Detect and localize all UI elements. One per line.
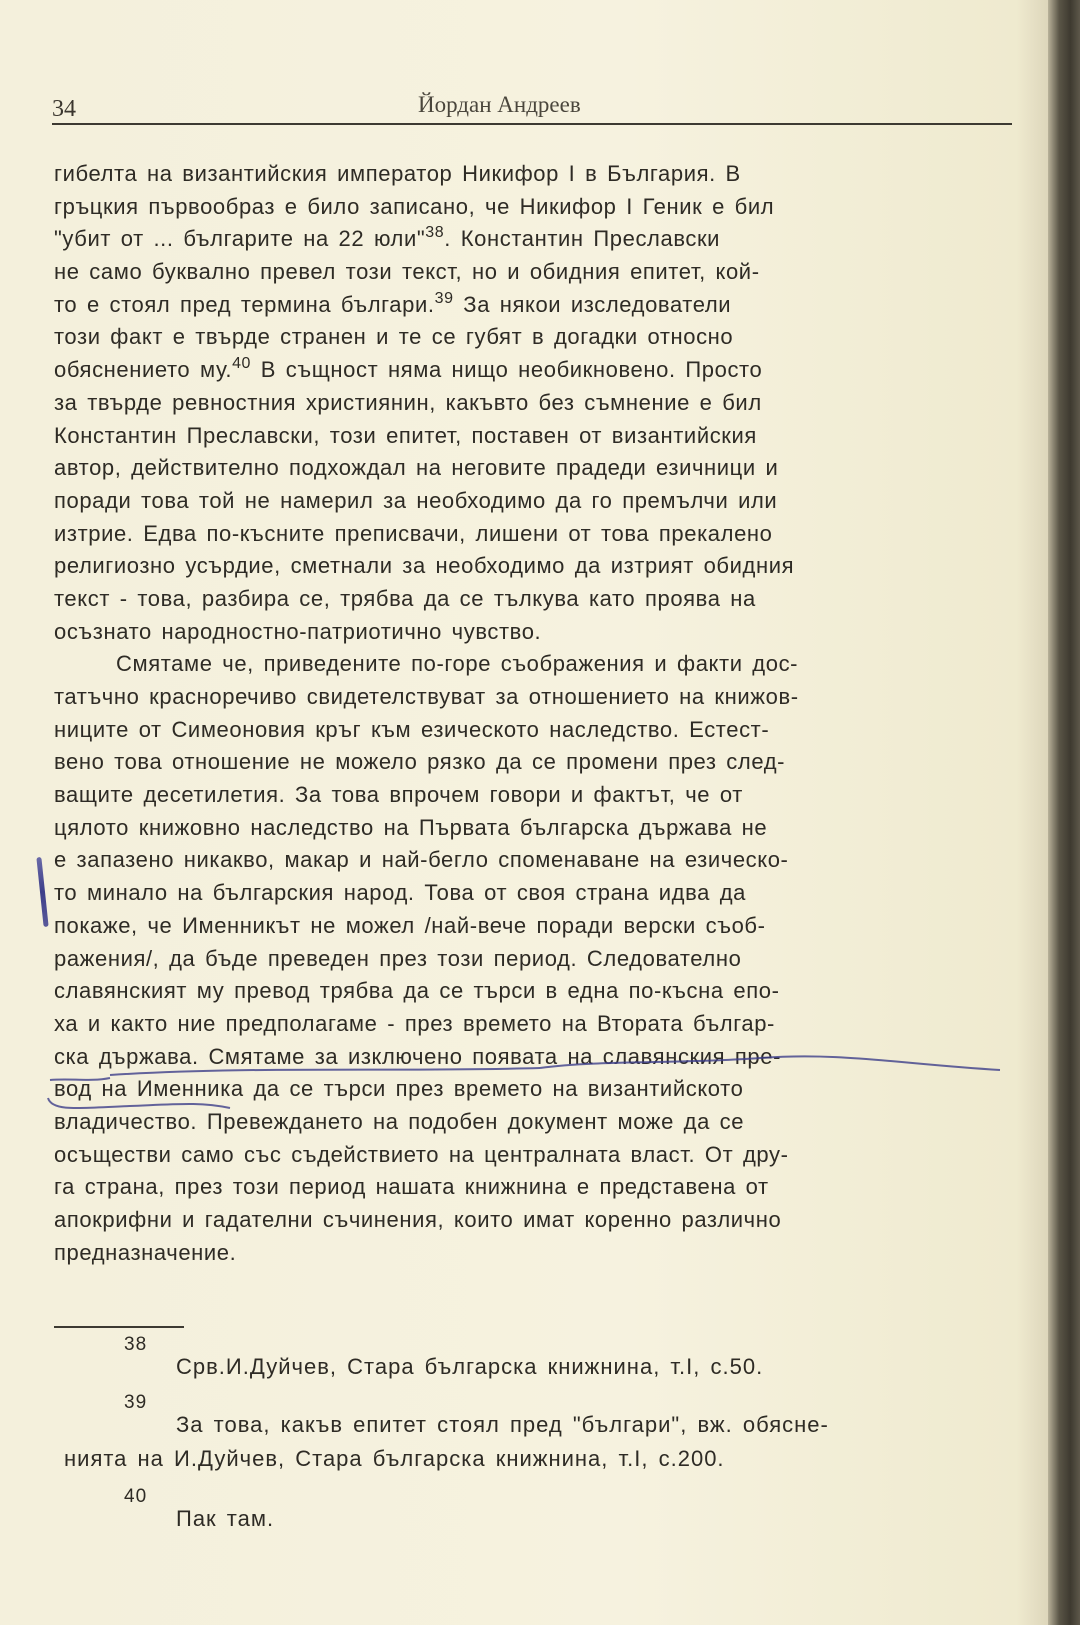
text-line: вено това отношение не можело рязко да с… — [54, 746, 1014, 779]
pen-margin-mark — [36, 857, 48, 927]
text-line: ражения/, да бъде преведен през този пер… — [54, 943, 1014, 976]
text-line: апокрифни и гадателни съчинения, които и… — [54, 1204, 1014, 1237]
text-line: предназначение. — [54, 1237, 1014, 1270]
body-text: гибелта на византийския император Никифо… — [54, 158, 1014, 1269]
header-rule — [52, 123, 1012, 125]
text-line: не само буквално превел този текст, но и… — [54, 256, 1014, 289]
text-line: осъзнато народностно-патриотично чувство… — [54, 616, 1014, 649]
text-line: га страна, през този период нашата книжн… — [54, 1171, 1014, 1204]
text-line: този факт е твърде странен и те се губят… — [54, 321, 1014, 354]
footnote-continuation: нията на И.Дуйчев, Стара българска книжн… — [64, 1446, 1024, 1482]
text-line: то минало на българския народ. Това от с… — [54, 877, 1014, 910]
page-header: 34 Йордан Андреев — [52, 92, 1012, 124]
text-line: вод на Именника да се търси през времето… — [54, 1073, 1014, 1106]
text-line: гръцкия първообраз е било записано, че Н… — [54, 191, 1014, 224]
footnote-40: 40 Пак там. — [64, 1486, 1024, 1544]
footnote-ref-40[interactable]: 40 — [232, 355, 251, 372]
footnotes: 38 Срв.И.Дуйчев, Стара българска книжнин… — [64, 1334, 1024, 1544]
text-line: гибелта на византийския император Никифо… — [54, 158, 1014, 191]
footnote-number: 38 — [124, 1334, 147, 1356]
text-line: Константин Преславски, този епитет, пост… — [54, 420, 1014, 453]
text-line: то е стоял пред термина българи.39 За ня… — [54, 289, 1014, 322]
text-line: ващите десетилетия. За това впрочем гово… — [54, 779, 1014, 812]
text-line: татъчно красноречиво свидетелствуват за … — [54, 681, 1014, 714]
footnote-39: 39 За това, какъв епитет стоял пред "бъл… — [64, 1392, 1024, 1450]
footnote-text: Пак там. — [176, 1506, 274, 1532]
footnote-ref-38[interactable]: 38 — [425, 224, 444, 241]
text-line: ска държава. Смятаме за изключено появат… — [54, 1041, 1014, 1074]
text-line: "убит от ... българите на 22 юли"38. Кон… — [54, 223, 1014, 256]
text-line: изтрие. Едва по-късните преписвачи, лише… — [54, 518, 1014, 551]
text-line: поради това той не намерил за необходимо… — [54, 485, 1014, 518]
text-line: славянският му превод трябва да се търси… — [54, 975, 1014, 1008]
text-line: обяснението му.40 В същност няма нищо не… — [54, 354, 1014, 387]
book-page: 34 Йордан Андреев гибелта на византийски… — [0, 0, 1048, 1625]
footnote-number: 39 — [124, 1392, 147, 1414]
footnote-separator — [54, 1326, 184, 1328]
text-line: религиозно усърдие, сметнали за необходи… — [54, 550, 1014, 583]
running-title: Йордан Андреев — [418, 92, 581, 118]
footnote-38: 38 Срв.И.Дуйчев, Стара българска книжнин… — [64, 1334, 1024, 1392]
text-line: ниците от Симеоновия кръг към езическото… — [54, 714, 1014, 747]
text-line: покаже, че Именникът не можел /най-вече … — [54, 910, 1014, 943]
footnote-text: За това, какъв епитет стоял пред "българ… — [176, 1412, 829, 1438]
page-number: 34 — [52, 96, 76, 123]
text-line: владичество. Превеждането на подобен док… — [54, 1106, 1014, 1139]
footnote-number: 40 — [124, 1486, 147, 1508]
text-line: за твърде ревностния християнин, какъвто… — [54, 387, 1014, 420]
text-line: цялото книжовно наследство на Първата бъ… — [54, 812, 1014, 845]
text-line: осъществи само със съдействието на центр… — [54, 1139, 1014, 1172]
text-line: автор, действително подхождал на неговит… — [54, 452, 1014, 485]
footnote-text: Срв.И.Дуйчев, Стара българска книжнина, … — [176, 1354, 763, 1380]
text-line: е запазено никакво, макар и най-бегло сп… — [54, 844, 1014, 877]
paragraph-start: Смятаме че, приведените по-горе съображе… — [54, 648, 1014, 681]
book-spine-shadow — [1048, 0, 1080, 1625]
text-line: текст - това, разбира се, трябва да се т… — [54, 583, 1014, 616]
footnote-ref-39[interactable]: 39 — [435, 290, 454, 307]
text-line: ха и както ние предполагаме - през време… — [54, 1008, 1014, 1041]
